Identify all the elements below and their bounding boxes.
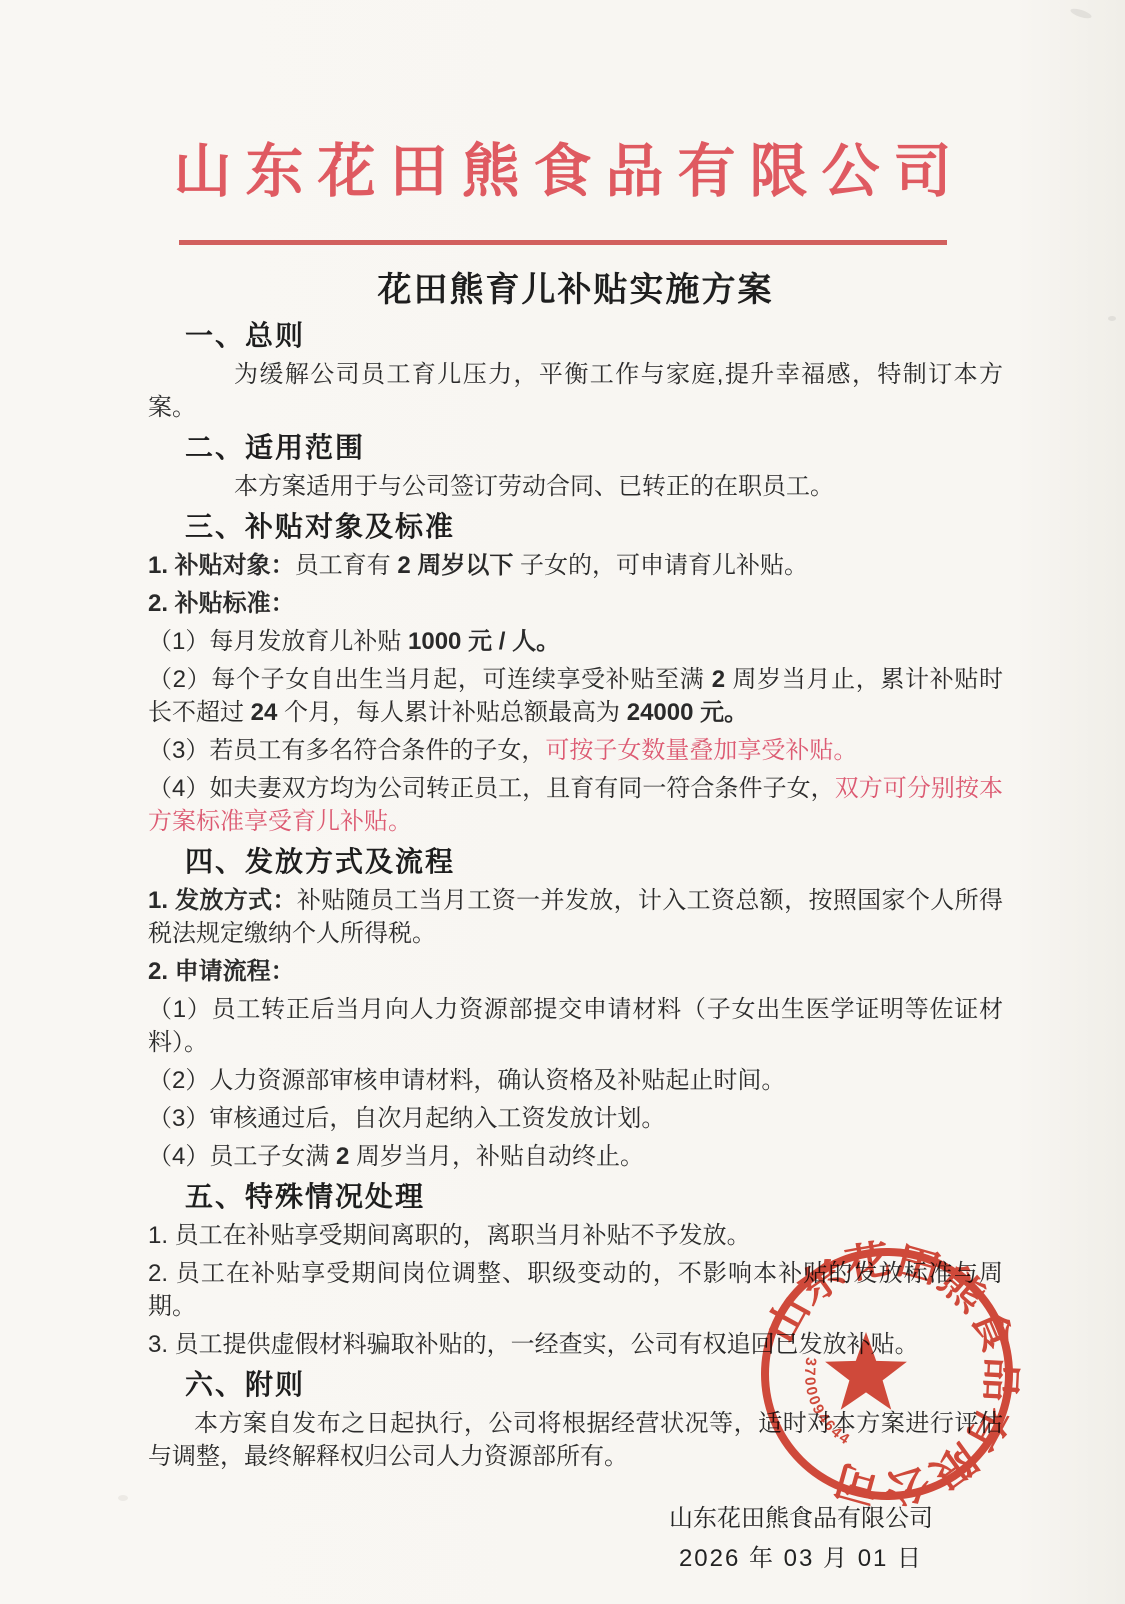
letterhead: 山东花田熊食品有限公司: [0, 0, 1125, 204]
section-2-heading: 二、适用范围: [185, 431, 1003, 465]
subsidy-target-label: 1. 补贴对象：: [148, 552, 295, 579]
standard-point-4: （4）如夫妻双方均为公司转正员工，且育有同一符合条件子女，双方可分别按本方案标准…: [148, 772, 1003, 838]
signature-block: 山东花田熊食品有限公司 2026 年 03 月 01 日: [148, 1503, 1003, 1575]
document-title: 花田熊育儿补贴实施方案: [148, 269, 1003, 311]
section-6-paragraph: 本方案自发布之日起执行，公司将根据经营状况等，适时对本方案进行评估与调整，最终解…: [148, 1407, 1003, 1473]
special-case-2: 2. 员工在补贴享受期间岗位调整、职级变动的，不影响本补贴的发放标准与周期。: [148, 1257, 1003, 1323]
section-3-heading: 三、补贴对象及标准: [185, 510, 1003, 544]
section-6-heading: 六、附则: [185, 1368, 1003, 1402]
scan-smudge: [1108, 316, 1116, 321]
monthly-amount-value: 1000 元 / 人。: [408, 628, 560, 655]
section-4-heading: 四、发放方式及流程: [185, 845, 1003, 879]
scan-smudge: [118, 1495, 128, 1501]
section-1-paragraph: 为缓解公司员工育儿压力，平衡工作与家庭,提升幸福感，特制订本方案。: [148, 358, 1003, 424]
process-step-4: （4）员工子女满 2 周岁当月，补贴自动终止。: [148, 1140, 1003, 1173]
section-1-heading: 一、总则: [185, 319, 1003, 353]
highlight-stacking-rule: 可按子女数量叠加享受补贴。: [545, 737, 857, 764]
subsidy-target-item: 1. 补贴对象：员工育有 2 周岁以下 子女的，可申请育儿补贴。: [148, 549, 1003, 582]
special-case-3: 3. 员工提供虚假材料骗取补贴的，一经查实，公司有权追回已发放补贴。: [148, 1328, 1003, 1361]
apply-process-label: 2. 申请流程：: [148, 958, 295, 985]
special-case-1: 1. 员工在补贴享受期间离职的，离职当月补贴不予发放。: [148, 1219, 1003, 1252]
standard-point-2: （2）每个子女自出生当月起，可连续享受补贴至满 2 周岁当月止，累计补贴时长不超…: [148, 663, 1003, 729]
payment-method-item: 1. 发放方式：补贴随员工当月工资一并发放，计入工资总额，按照国家个人所得税法规…: [148, 884, 1003, 950]
section-2-paragraph: 本方案适用于与公司签订劳动合同、已转正的在职员工。: [148, 470, 1003, 503]
letterhead-divider-rule: [179, 240, 947, 245]
signature-company-name: 山东花田熊食品有限公司: [669, 1503, 933, 1535]
standard-point-3: （3）若员工有多名符合条件的子女，可按子女数量叠加享受补贴。: [148, 734, 1003, 767]
process-step-1: （1）员工转正后当月向人力资源部提交申请材料（子女出生医学证明等佐证材料）。: [148, 993, 1003, 1059]
company-letterhead-title: 山东花田熊食品有限公司: [0, 140, 1125, 204]
signature-date: 2026 年 03 月 01 日: [669, 1543, 933, 1575]
process-step-2: （2）人力资源部审核申请材料，确认资格及补贴起止时间。: [148, 1064, 1003, 1097]
document-page: 山东花田熊食品有限公司 花田熊育儿补贴实施方案 一、总则 为缓解公司员工育儿压力…: [0, 0, 1125, 1604]
subsidy-standard-label: 2. 补贴标准：: [148, 590, 295, 617]
subsidy-standard-item: 2. 补贴标准：: [148, 587, 1003, 620]
max-total-value: 24000 元。: [627, 699, 748, 726]
age-limit-value: 2 周岁以下: [397, 552, 513, 579]
payment-method-label: 1. 发放方式：: [148, 887, 297, 914]
standard-point-1: （1）每月发放育儿补贴 1000 元 / 人。: [148, 625, 1003, 658]
document-body: 花田熊育儿补贴实施方案 一、总则 为缓解公司员工育儿压力，平衡工作与家庭,提升幸…: [0, 269, 1125, 1575]
section-5-heading: 五、特殊情况处理: [185, 1180, 1003, 1214]
process-step-3: （3）审核通过后，自次月起纳入工资发放计划。: [148, 1102, 1003, 1135]
apply-process-item: 2. 申请流程：: [148, 955, 1003, 988]
